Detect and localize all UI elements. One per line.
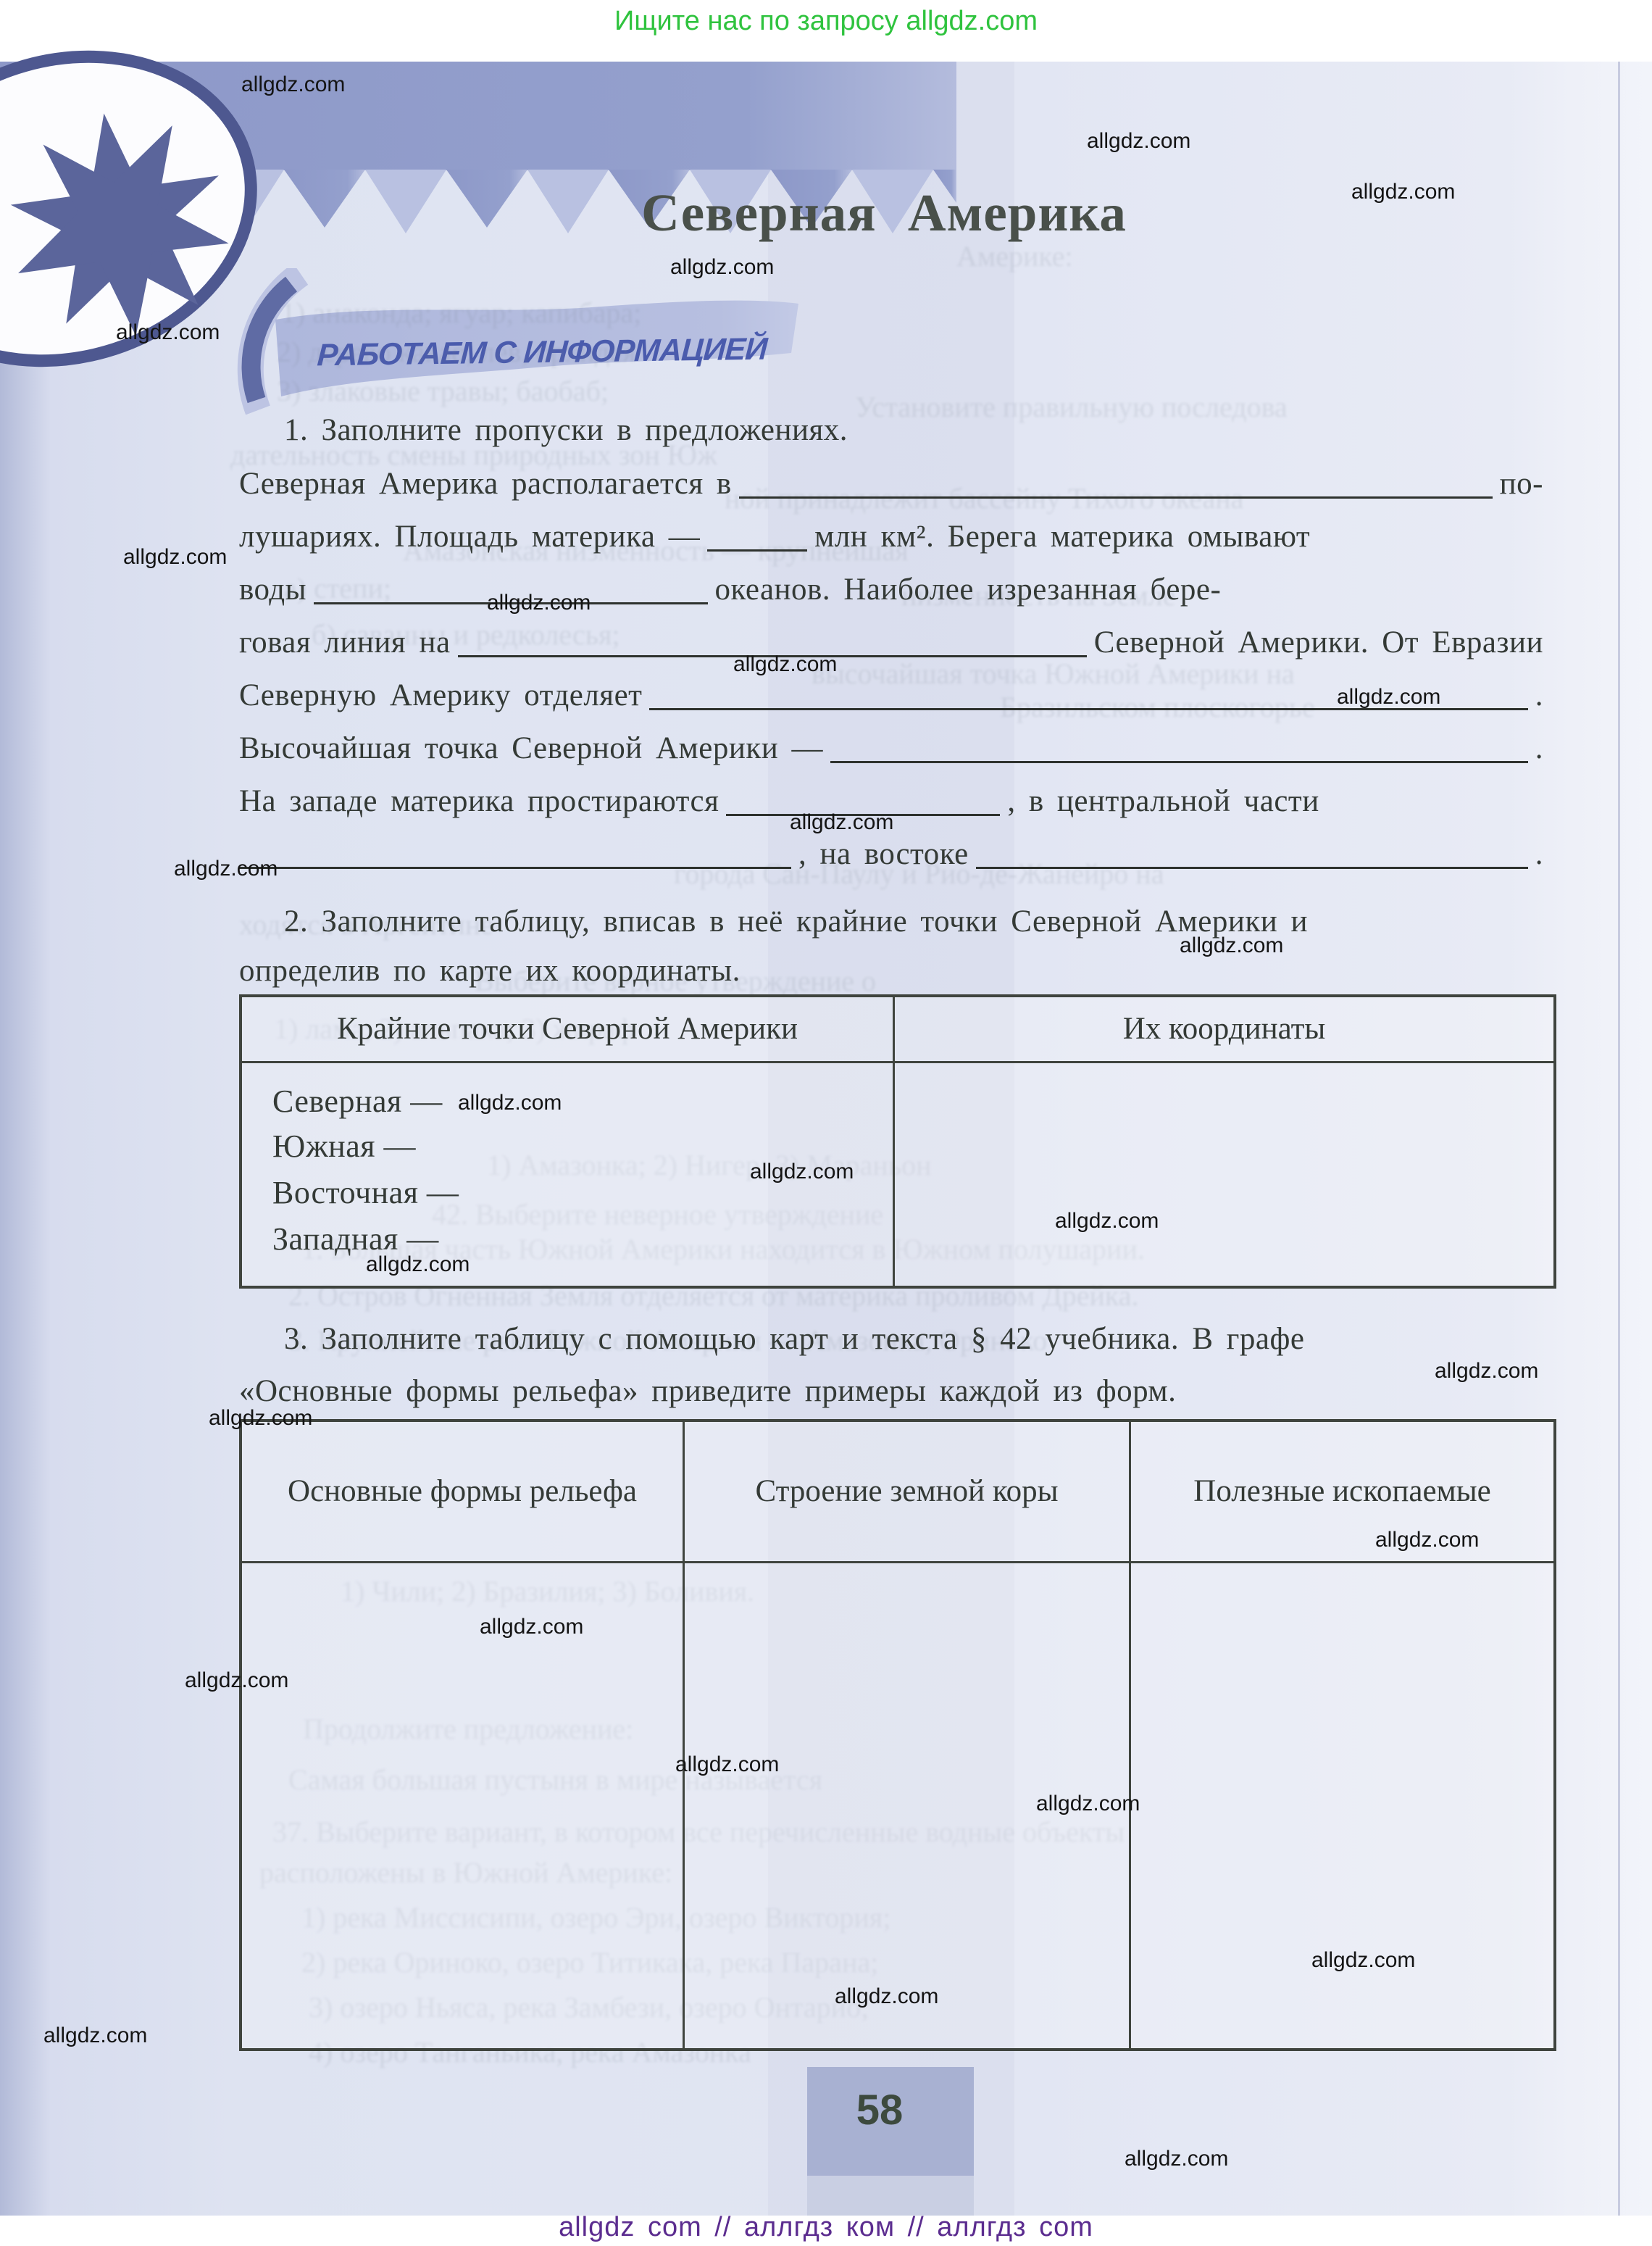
watermark: allgdz.com xyxy=(1055,1209,1159,1234)
line6-text: Высочайшая точка Северной Америки — xyxy=(239,728,823,769)
line1-text: Северная Америка располагается в xyxy=(239,464,732,504)
watermark: allgdz.com xyxy=(1087,129,1190,154)
table2-col2-header: Строение земной коры xyxy=(685,1422,1129,1561)
table2-col3-header: Полезные ископаемые xyxy=(1131,1422,1553,1561)
fill-line-6: Высочайшая точка Северной Америки — . xyxy=(239,728,1543,769)
watermark: allgdz.com xyxy=(750,1160,854,1184)
watermark: allgdz.com xyxy=(458,1091,562,1115)
line5-text: Северную Америку отделяет xyxy=(239,675,642,716)
task3-heading-line2: «Основные формы рельефа» приведите приме… xyxy=(239,1371,1500,1412)
watermark: allgdz.com xyxy=(43,2024,147,2048)
watermark: allgdz.com xyxy=(241,72,345,97)
task3-heading-line1: 3. Заполните таблицу с помощью карт и те… xyxy=(284,1319,1545,1360)
line3-text: воды xyxy=(239,570,306,610)
line7-tail: , в центральной части xyxy=(1007,781,1319,822)
promo-banner-text: Ищите нас по запросу allgdz.com xyxy=(0,6,1652,37)
page-number-block-shade xyxy=(807,2176,974,2216)
watermark: allgdz.com xyxy=(1337,685,1440,710)
ghost-text: 1) анаконда; ягуар; капибара; xyxy=(281,296,641,330)
table1-row: Восточная — xyxy=(272,1174,459,1211)
watermark: allgdz.com xyxy=(209,1406,312,1431)
watermark: allgdz.com xyxy=(366,1252,470,1277)
watermark: allgdz.com xyxy=(480,1615,583,1639)
table1-col1-header: Крайние точки Северной Америки xyxy=(242,997,893,1061)
ghost-text: 3) злаковые травы; баобаб; xyxy=(277,374,609,408)
watermark: allgdz.com xyxy=(790,810,893,835)
watermark: allgdz.com xyxy=(1375,1528,1479,1552)
blank-area xyxy=(707,542,807,552)
table1-col2-header: Их координаты xyxy=(895,997,1553,1061)
extreme-points-table: Крайние точки Северной Америки Их коорди… xyxy=(239,994,1556,1289)
watermark: allgdz.com xyxy=(116,320,220,345)
watermark: allgdz.com xyxy=(1435,1359,1538,1384)
blank-hemispheres xyxy=(739,489,1493,499)
line7-text: На западе материка простираются xyxy=(239,781,719,822)
watermark: allgdz.com xyxy=(1311,1948,1415,1973)
fill-line-1: Северная Америка располагается в по- xyxy=(239,464,1543,504)
line4-text: говая линия на xyxy=(239,623,451,663)
blank-east-relief xyxy=(976,860,1528,869)
watermark: allgdz.com xyxy=(487,591,591,615)
table1-row: Северная — xyxy=(272,1083,443,1120)
watermark: allgdz.com xyxy=(1036,1792,1140,1816)
line2-text: лушариях. Площадь материка — xyxy=(239,517,700,557)
task2-heading-line2: определив по карте их координаты. xyxy=(239,951,1500,991)
watermark: allgdz.com xyxy=(123,545,227,570)
table2-header-separator xyxy=(242,1561,1553,1563)
line4-tail: Северной Америки. От Евразии xyxy=(1094,623,1543,663)
table1-row: Южная — xyxy=(272,1128,416,1165)
footer-text: allgdz com // аллгдз ком // аллгдз com xyxy=(0,2212,1652,2243)
watermark: allgdz.com xyxy=(1180,933,1283,958)
page-number: 58 xyxy=(807,2086,952,2134)
ghost-text: 2) дерево какао, лев, орхидея xyxy=(277,335,635,369)
task1-heading: 1. Заполните пропуски в предложениях. xyxy=(284,410,1545,451)
workbook-page: Ищите нас по запросу allgdz.com xyxy=(0,0,1652,2246)
ghost-text: Америке: xyxy=(956,239,1073,273)
watermark: allgdz.com xyxy=(835,1984,938,2009)
watermark: allgdz.com xyxy=(185,1668,288,1693)
watermark: allgdz.com xyxy=(1125,2147,1228,2171)
line1-tail: по- xyxy=(1500,464,1543,504)
line2-tail: млн км². Берега материка омывают xyxy=(814,517,1310,557)
blank-highest-point xyxy=(830,754,1528,763)
fill-line-4: говая линия на Северной Америки. От Евра… xyxy=(239,623,1543,663)
fill-line-3: воды океанов. Наиболее изрезанная бере- xyxy=(239,570,1543,610)
page-crease-line xyxy=(1618,62,1620,2216)
line5-period: . xyxy=(1535,675,1543,716)
table2-col1-header: Основные формы рельефа xyxy=(285,1422,639,1561)
page-title: Северная Америка xyxy=(601,183,1167,244)
fill-line-8: , на востоке . xyxy=(239,834,1543,875)
task2-heading-line1: 2. Заполните таблицу, вписав в неё крайн… xyxy=(284,902,1545,942)
line3-tail: океанов. Наиболее изрезанная бере- xyxy=(715,570,1222,610)
blank-central-relief xyxy=(239,860,791,869)
watermark: allgdz.com xyxy=(670,255,774,280)
line8-text: , на востоке xyxy=(798,834,969,875)
line6-period: . xyxy=(1535,728,1543,769)
watermark: allgdz.com xyxy=(733,652,837,677)
watermark: allgdz.com xyxy=(1351,180,1455,204)
watermark: allgdz.com xyxy=(675,1752,779,1777)
table1-header-separator xyxy=(242,1061,1553,1063)
line8-period: . xyxy=(1535,834,1543,875)
fill-line-2: лушариях. Площадь материка — млн км². Бе… xyxy=(239,517,1543,557)
watermark: allgdz.com xyxy=(174,857,278,881)
